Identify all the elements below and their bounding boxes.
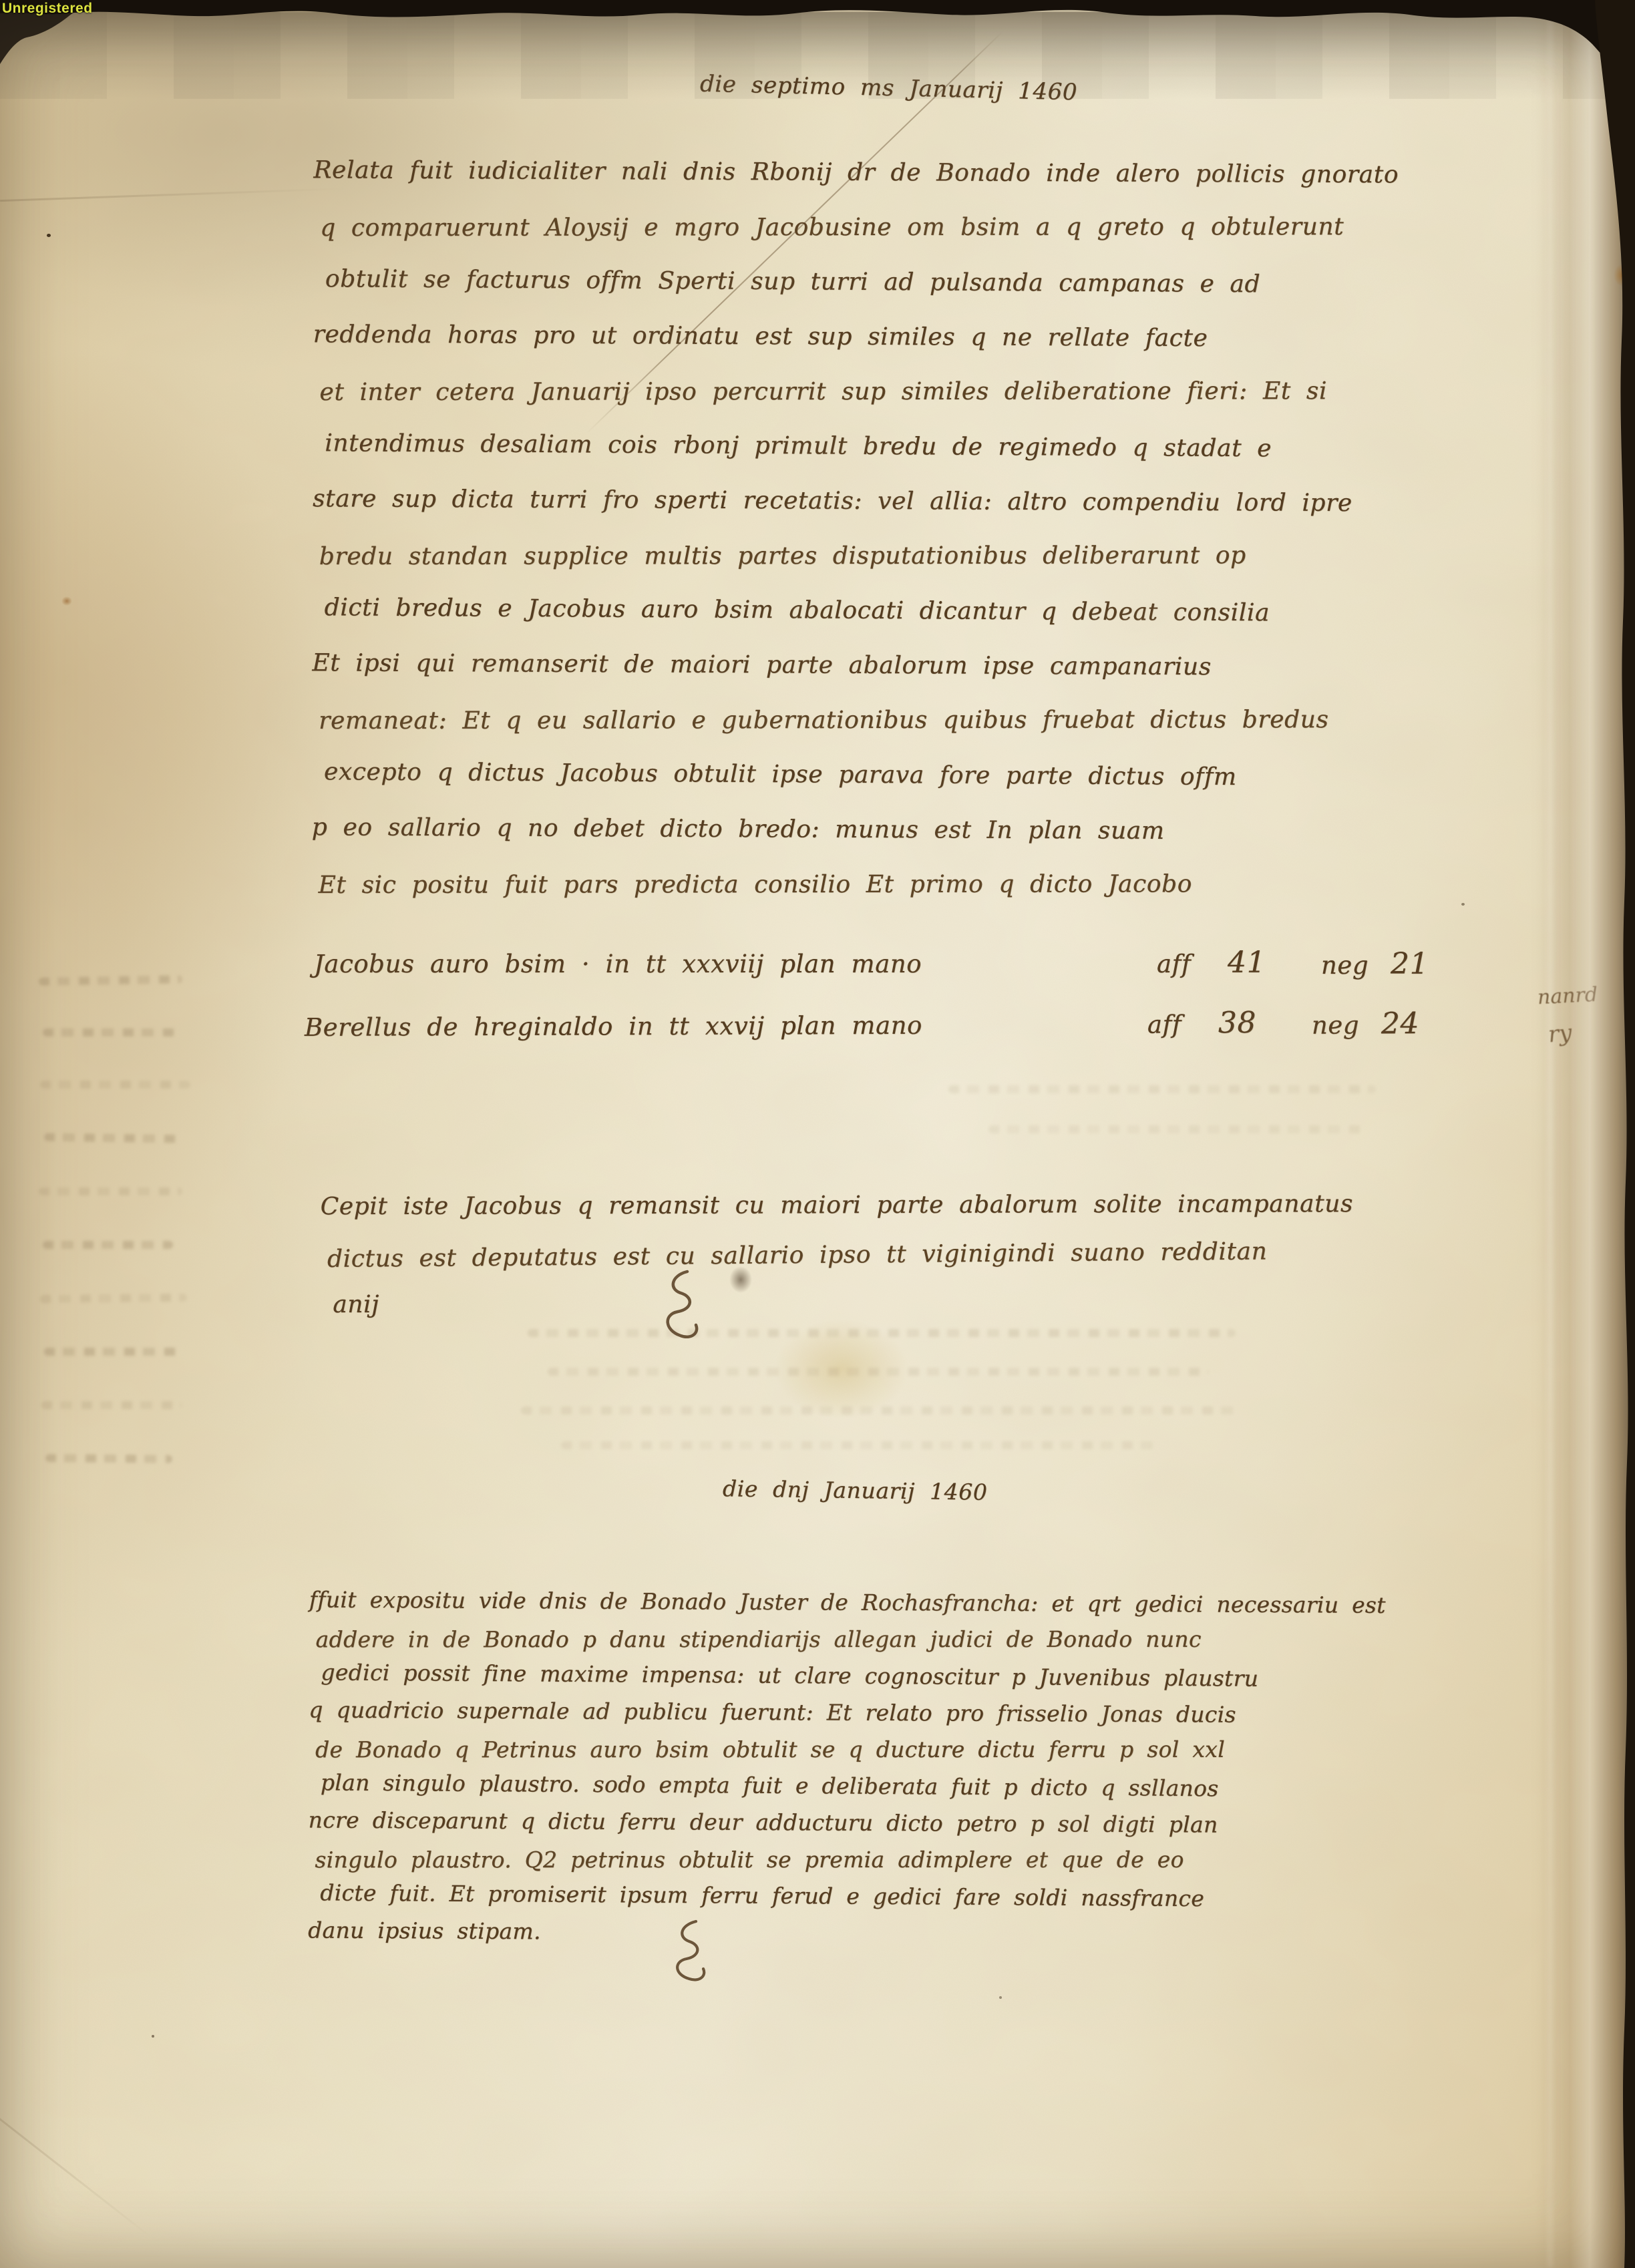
crease-bottomleft — [0, 2097, 152, 2239]
entry3-line: ffuit expositu vide dnis de Bonado Juste… — [309, 1581, 1458, 1624]
bleedthrough-row — [948, 1085, 1376, 1093]
entry1-line: stare sup dicta turri fro sperti recetat… — [313, 471, 1448, 531]
aff-label: aff — [1157, 950, 1191, 978]
aff-value: 38 — [1218, 1006, 1256, 1040]
entry1-line: excepto q dictus Jacobus obtulit ipse pa… — [324, 745, 1459, 806]
vote-row: Berellus de hreginaldo in tt xxvij plan … — [305, 1009, 1453, 1075]
entry1-line: et inter cetera Januarij ipso percurrit … — [319, 364, 1455, 420]
bleedthrough-row — [45, 1454, 172, 1463]
bleedthrough-row — [39, 1187, 182, 1195]
right-margin-ink: nanrd — [1537, 983, 1598, 1010]
entry3-line: ncre disceparunt q dictu ferru deur addu… — [309, 1801, 1457, 1844]
bleedthrough-row — [44, 1133, 181, 1143]
entry1-line: Et ipsi qui remanserit de maiori parte a… — [312, 636, 1447, 695]
entry3-line: plan singulo plaustro. sodo empta fuit e… — [321, 1764, 1469, 1808]
entry3-line: q quadricio supernale ad publicu fuerunt… — [309, 1691, 1457, 1734]
vote-results: Jacobus auro bsim · in tt xxxviij plan m… — [314, 950, 1463, 1073]
parchment-page: die septimo ms Januarij 1460 Relata fuit… — [0, 0, 1635, 2268]
neg-value: 21 — [1391, 947, 1429, 981]
bleedthrough-row — [41, 1401, 182, 1409]
manuscript-scan: die septimo ms Januarij 1460 Relata fuit… — [0, 0, 1635, 2268]
entry1-line: Relata fuit iudicialiter nali dnis Rboni… — [313, 143, 1449, 202]
crease-right-curl — [1547, 0, 1554, 2268]
unregistered-watermark: Unregistered — [2, 1, 93, 17]
right-margin-ink: ry — [1547, 1019, 1573, 1048]
bleedthrough-row — [548, 1368, 1209, 1376]
entry3-line: addere in de Bonado p danu stipendiarijs… — [316, 1621, 1465, 1658]
speck — [152, 2035, 154, 2038]
stain-midleft-dot — [61, 596, 72, 606]
entry2-line: dictus est deputatus est cu sallario ips… — [327, 1225, 1477, 1284]
speck — [1461, 903, 1465, 906]
entry1-line: reddenda horas pro ut ordinatu est sup s… — [313, 307, 1449, 367]
neg-label: neg — [1321, 951, 1369, 980]
stain-right-edge-orange — [1614, 264, 1631, 287]
entry3-line: singulo plaustro. Q2 petrinus obtulit se… — [315, 1841, 1464, 1879]
entry1-line: dicti bredus e Jacobus auro bsim abaloca… — [324, 580, 1459, 642]
entry1-line: obtulit se facturus offm Sperti sup turr… — [325, 252, 1461, 313]
speck — [999, 1996, 1002, 1999]
entry3-line: dicte fuit. Et promiserit ipsum ferru fe… — [320, 1874, 1469, 1918]
bleedthrough-row — [561, 1441, 1162, 1449]
entry2-line: anij — [333, 1279, 1481, 1330]
bleedthrough-row — [39, 975, 182, 986]
entry1-line: remaneat: Et q eu sallario e gubernation… — [319, 693, 1454, 749]
heading-date-2: die dnj Januarij 1460 — [723, 1475, 988, 1505]
entry3-line: de Bonado q Petrinus auro bsim obtulit s… — [315, 1731, 1464, 1768]
bleedthrough-row — [528, 1329, 1236, 1337]
neg-label: neg — [1312, 1010, 1359, 1039]
entry3-line: danu ipsius stipam. — [308, 1911, 1457, 1954]
entry1-line: intendimus desaliam cois rbonj primult b… — [325, 416, 1460, 478]
neg-value: 24 — [1381, 1006, 1419, 1041]
bleedthrough-row — [43, 1028, 176, 1036]
bleedthrough-row — [40, 1081, 190, 1089]
entry1-line: q comparuerunt Aloysij e mgro Jacobusine… — [320, 200, 1455, 256]
entry-3: ffuit expositu vide dnis de Bonado Juste… — [308, 1582, 1458, 1953]
aff-label: aff — [1147, 1010, 1182, 1038]
entry3-line: gedici possit fine maxime impensa: ut cl… — [321, 1654, 1469, 1698]
vote-name: Jacobus auro bsim · in tt xxxviij plan m… — [314, 950, 922, 978]
entry1-line: bredu standan supplice multis partes dis… — [319, 528, 1455, 584]
crease-topleft — [0, 188, 347, 202]
speck — [47, 234, 51, 237]
entry-1: Relata fuit iudicialiter nali dnis Rboni… — [312, 144, 1449, 914]
entry-2: Cepit iste Jacobus q remansit cu maiori … — [321, 1178, 1470, 1332]
bleedthrough-row — [40, 1294, 187, 1303]
bleedthrough-row — [43, 1241, 173, 1249]
stain-yellow — [775, 1319, 908, 1419]
bleedthrough-row — [988, 1125, 1362, 1133]
bleedthrough-row — [44, 1348, 178, 1356]
entry1-line: p eo sallario q no debet dicto bredo: mu… — [312, 800, 1447, 860]
entry2-line: Cepit iste Jacobus q remansit cu maiori … — [321, 1179, 1469, 1232]
bleedthrough-row — [521, 1406, 1242, 1414]
vote-row: Jacobus auro bsim · in tt xxxviij plan m… — [314, 950, 1463, 1011]
heading-date-1: die septimo ms Januarij 1460 — [700, 71, 1078, 106]
stain-left-wash — [0, 347, 334, 1282]
entry1-line: Et sic positu fuit pars predicta consili… — [319, 857, 1454, 913]
vote-name: Berellus de hreginaldo in tt xxvij plan … — [305, 1011, 922, 1042]
aff-value: 41 — [1228, 946, 1266, 980]
